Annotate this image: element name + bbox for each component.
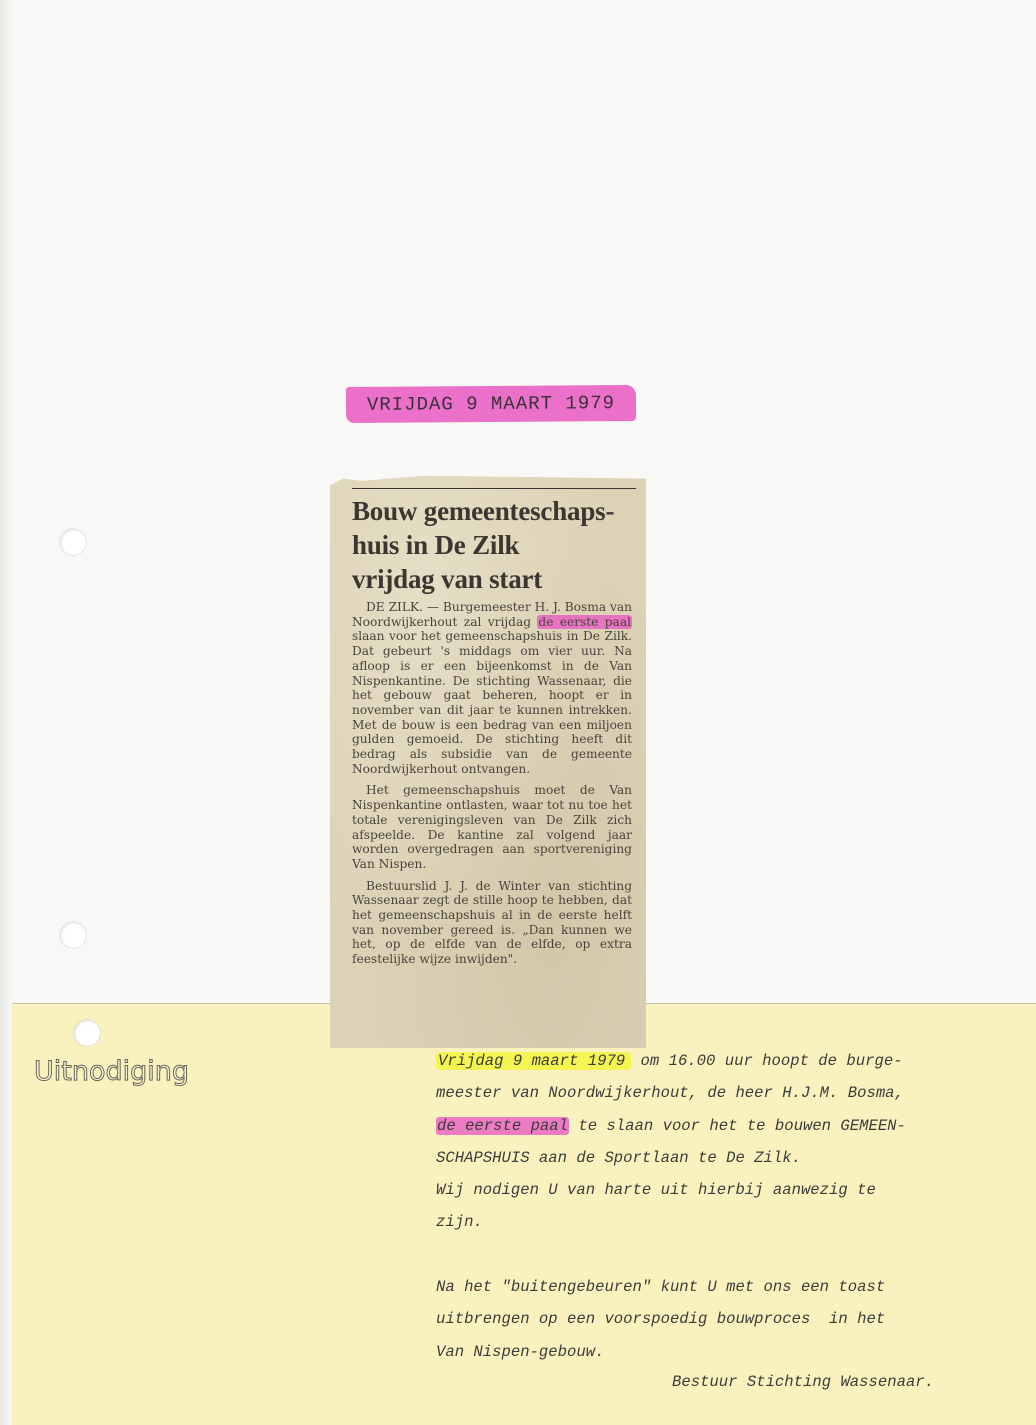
line-text: om 16.00 uur hoopt de burge-	[631, 1052, 902, 1070]
line-text: te slaan voor het te bouwen GEMEEN-	[569, 1117, 906, 1135]
paragraph-text: slaan voor het gemeenschapshuis in De Zi…	[352, 629, 632, 775]
clipping-headline: Bouw gemeenteschaps- huis in De Zilk vri…	[352, 494, 642, 596]
clipping-rule	[352, 488, 636, 489]
signature: Bestuur Stichting Wassenaar.	[672, 1373, 934, 1391]
invitation-text: Vrijdag 9 maart 1979 om 16.00 uur hoopt …	[436, 1045, 996, 1368]
invitation-line: meester van Noordwijkerhout, de heer H.J…	[436, 1077, 996, 1109]
date-label-text: VRIJDAG 9 MAART 1979	[367, 392, 615, 416]
date-label: VRIJDAG 9 MAART 1979	[346, 385, 636, 423]
invitation-line: Na het "buitengebeuren" kunt U met ons e…	[436, 1271, 996, 1303]
punch-hole	[74, 1020, 100, 1046]
invitation-line: zijn.	[436, 1206, 996, 1238]
newspaper-clipping: Bouw gemeenteschaps- huis in De Zilk vri…	[330, 474, 646, 1048]
invitation-line	[436, 1239, 996, 1271]
invitation-line: Van Nispen-gebouw.	[436, 1336, 996, 1368]
page-edge	[0, 0, 12, 1425]
headline-line: Bouw gemeenteschaps-	[352, 496, 614, 526]
invitation-line: Wij nodigen U van harte uit hierbij aanw…	[436, 1174, 996, 1206]
article-body: DE ZILK. — Burgemeester H. J. Bosma van …	[352, 600, 632, 974]
invitation-line: de eerste paal te slaan voor het te bouw…	[436, 1110, 996, 1142]
headline-line: vrijdag van start	[352, 564, 542, 594]
punch-hole	[60, 922, 86, 948]
pink-highlight: de eerste paal	[537, 615, 632, 629]
article-paragraph: Bestuurslid J. J. de Winter van stichtin…	[352, 879, 632, 967]
punch-hole	[60, 529, 86, 555]
article-paragraph: DE ZILK. — Burgemeester H. J. Bosma van …	[352, 600, 632, 776]
invitation-line: Vrijdag 9 maart 1979 om 16.00 uur hoopt …	[436, 1045, 996, 1077]
headline-line: huis in De Zilk	[352, 530, 519, 560]
invitation-line: SCHAPSHUIS aan de Sportlaan te De Zilk.	[436, 1142, 996, 1174]
invitation-heading: Uitnodiging	[34, 1056, 189, 1087]
yellow-highlight: Vrijdag 9 maart 1979	[436, 1052, 631, 1070]
invitation-line: uitbrengen op een voorspoedig bouwproces…	[436, 1303, 996, 1335]
article-paragraph: Het gemeenschapshuis moet de Van Nispenk…	[352, 783, 632, 871]
pink-highlight: de eerste paal	[436, 1117, 569, 1135]
